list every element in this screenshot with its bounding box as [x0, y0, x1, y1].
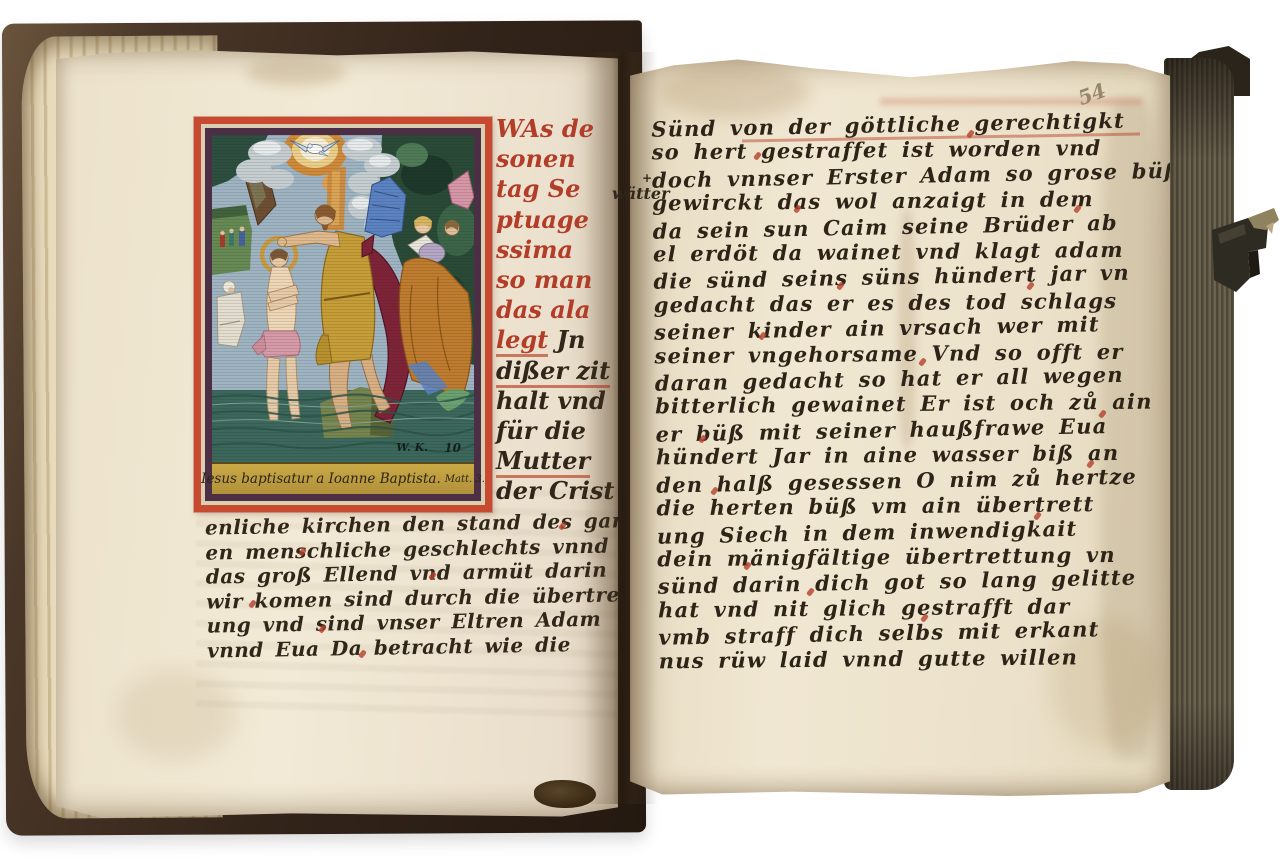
baptism-engraving-picture [212, 135, 474, 462]
spine-tail [534, 780, 596, 808]
right-page: 54 Sünd von der göttliche gerechtigkt so… [630, 58, 1170, 796]
rubric-line: für die [496, 416, 622, 446]
rubric-line: WAs de [496, 114, 622, 144]
rubric-line: legt Jn [496, 325, 622, 355]
rubric-line: dißer zit [496, 356, 622, 386]
folio-number: 54 [1075, 78, 1109, 110]
rubric-line: tag Se [496, 174, 622, 204]
baptism-engraving: W. K. 10 [212, 135, 474, 462]
book-clasp [1208, 200, 1280, 300]
caption-reference: Matt. 3. [445, 474, 485, 485]
right-fore-edge [1164, 58, 1234, 790]
right-body-text: Sünd von der göttliche gerechtigkt so he… [651, 109, 1157, 675]
engraving-frame: W. K. 10 Iesus baptisatur a Ioanne Bapti… [194, 117, 492, 512]
rubric-line: halt vnd [496, 386, 622, 416]
engraver-monogram: W. K. [396, 441, 428, 454]
rubric-line: Mutter [496, 446, 622, 476]
stain [116, 670, 236, 760]
stain [246, 58, 346, 86]
rubric-line: ssima [496, 235, 622, 265]
text-line: nus rüw laid vnnd gutte willen [659, 643, 1157, 673]
left-page: W. K. 10 Iesus baptisatur a Ioanne Bapti… [56, 50, 618, 818]
cross-mark: + [642, 171, 652, 185]
engraving-caption: Iesus baptisatur a Ioanne Baptista. Matt… [212, 462, 474, 494]
margin-note: + wätter [612, 184, 670, 203]
rubric-line: das ala [496, 295, 622, 325]
rubric-line: sonen [496, 144, 622, 174]
rubric-column: WAs de sonen tag Se ptuage ssima so man … [496, 114, 622, 507]
photograph-open-manuscript: W. K. 10 Iesus baptisatur a Ioanne Bapti… [0, 0, 1280, 860]
rubric-line: ptuage [496, 205, 622, 235]
rubric-line: der Crist [496, 476, 622, 506]
left-body-text: enliche kirchen den stand des gantz en m… [205, 508, 626, 663]
rubric-line: so man [496, 265, 622, 295]
stain [660, 66, 810, 118]
caption-text: Iesus baptisatur a Ioanne Baptista. [201, 471, 441, 487]
plate-number: 10 [444, 441, 461, 455]
